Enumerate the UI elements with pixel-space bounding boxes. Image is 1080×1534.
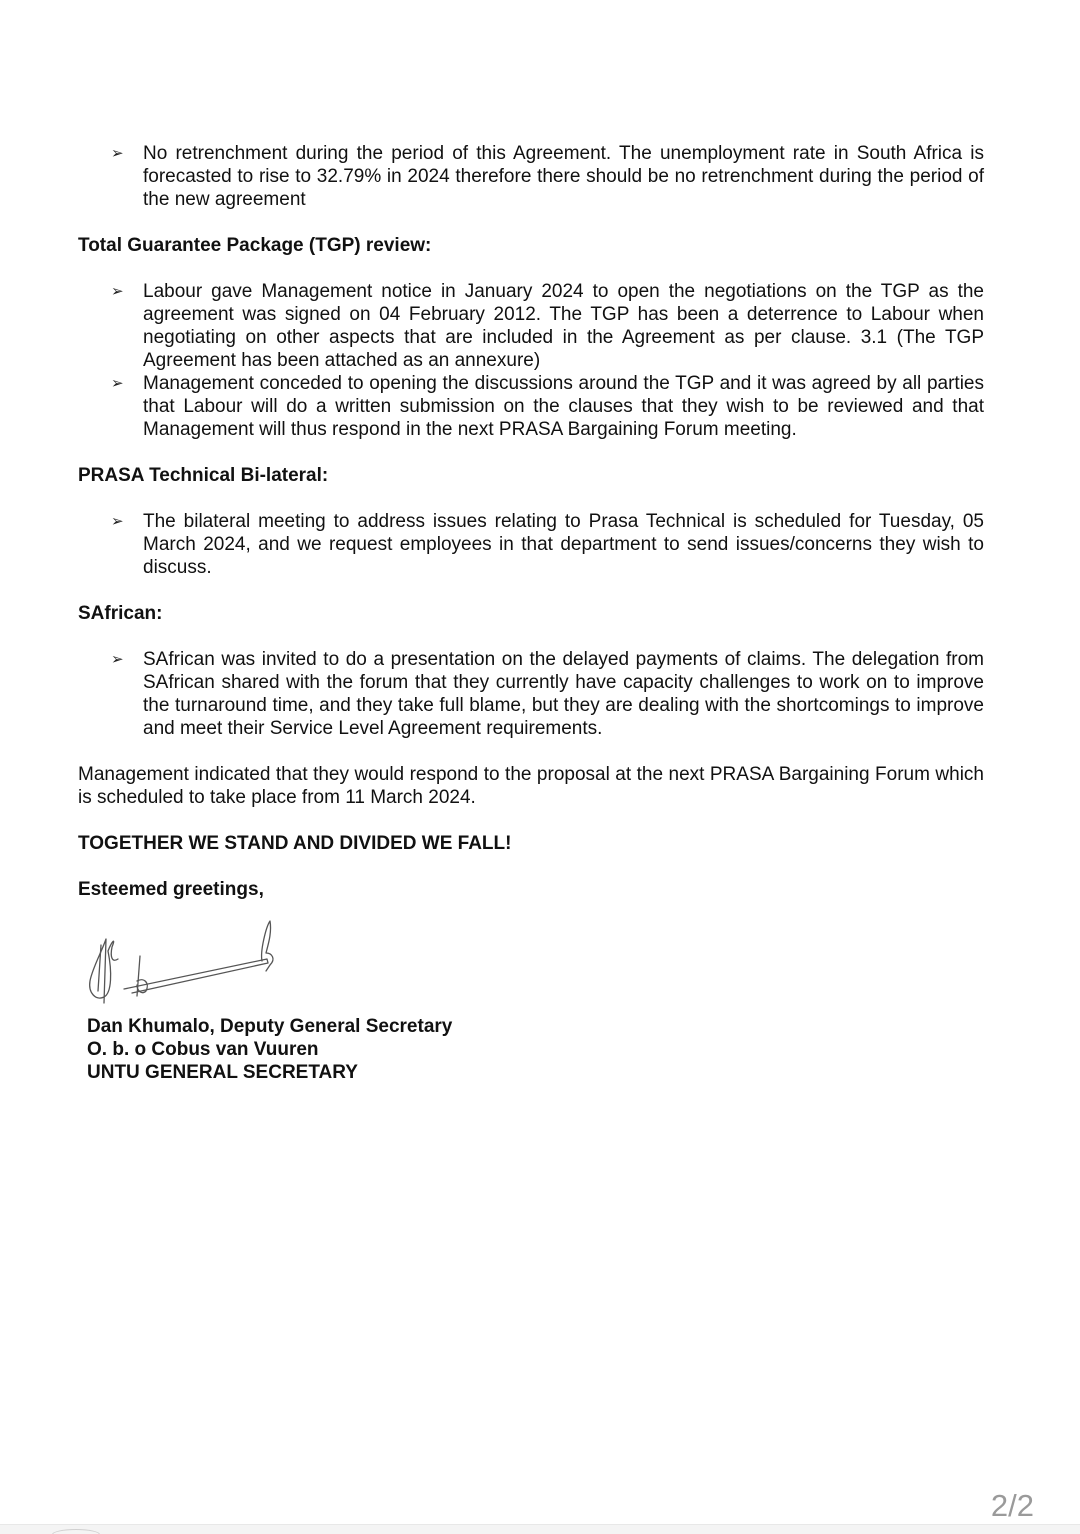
page-indicator: 2/2	[991, 1488, 1034, 1524]
document-page: ➢ No retrenchment during the period of t…	[0, 0, 1080, 1524]
signatory-obo: O. b. o Cobus van Vuuren	[87, 1038, 984, 1061]
arrow-bullet-icon: ➢	[111, 510, 124, 533]
list-item: ➢ The bilateral meeting to address issue…	[78, 510, 984, 579]
bullet-text: SAfrican was invited to do a presentatio…	[143, 649, 984, 739]
list-item: ➢ Labour gave Management notice in Janua…	[78, 280, 984, 372]
list-item: ➢ SAfrican was invited to do a presentat…	[78, 648, 984, 740]
bullet-text: Labour gave Management notice in January…	[143, 281, 984, 371]
arrow-bullet-icon: ➢	[111, 280, 124, 303]
bullet-text: No retrenchment during the period of thi…	[143, 143, 984, 210]
section-heading-tgp: Total Guarantee Package (TGP) review:	[78, 234, 984, 257]
signatory-block: Dan Khumalo, Deputy General Secretary O.…	[87, 1015, 984, 1084]
document-content: ➢ No retrenchment during the period of t…	[78, 142, 984, 1084]
section-heading-prasa: PRASA Technical Bi-lateral:	[78, 464, 984, 487]
arrow-bullet-icon: ➢	[111, 648, 124, 671]
slogan: TOGETHER WE STAND AND DIVIDED WE FALL!	[78, 832, 984, 855]
list-item: ➢ No retrenchment during the period of t…	[78, 142, 984, 211]
tgp-bullet-list: ➢ Labour gave Management notice in Janua…	[78, 280, 984, 441]
arrow-bullet-icon: ➢	[111, 142, 124, 165]
prasa-bullet-list: ➢ The bilateral meeting to address issue…	[78, 510, 984, 579]
section-heading-safrican: SAfrican:	[78, 602, 984, 625]
safrican-bullet-list: ➢ SAfrican was invited to do a presentat…	[78, 648, 984, 740]
handwritten-signature	[82, 911, 282, 1011]
arrow-bullet-icon: ➢	[111, 372, 124, 395]
viewer-bottom-bar	[0, 1524, 1080, 1534]
intro-bullet-list: ➢ No retrenchment during the period of t…	[78, 142, 984, 211]
signatory-title: UNTU GENERAL SECRETARY	[87, 1061, 984, 1084]
list-item: ➢ Management conceded to opening the dis…	[78, 372, 984, 441]
greeting: Esteemed greetings,	[78, 878, 984, 901]
signatory-name: Dan Khumalo, Deputy General Secretary	[87, 1015, 984, 1038]
viewer-handle-icon[interactable]	[52, 1529, 100, 1534]
closing-paragraph: Management indicated that they would res…	[78, 763, 984, 809]
bullet-text: Management conceded to opening the discu…	[143, 373, 984, 440]
bullet-text: The bilateral meeting to address issues …	[143, 511, 984, 578]
